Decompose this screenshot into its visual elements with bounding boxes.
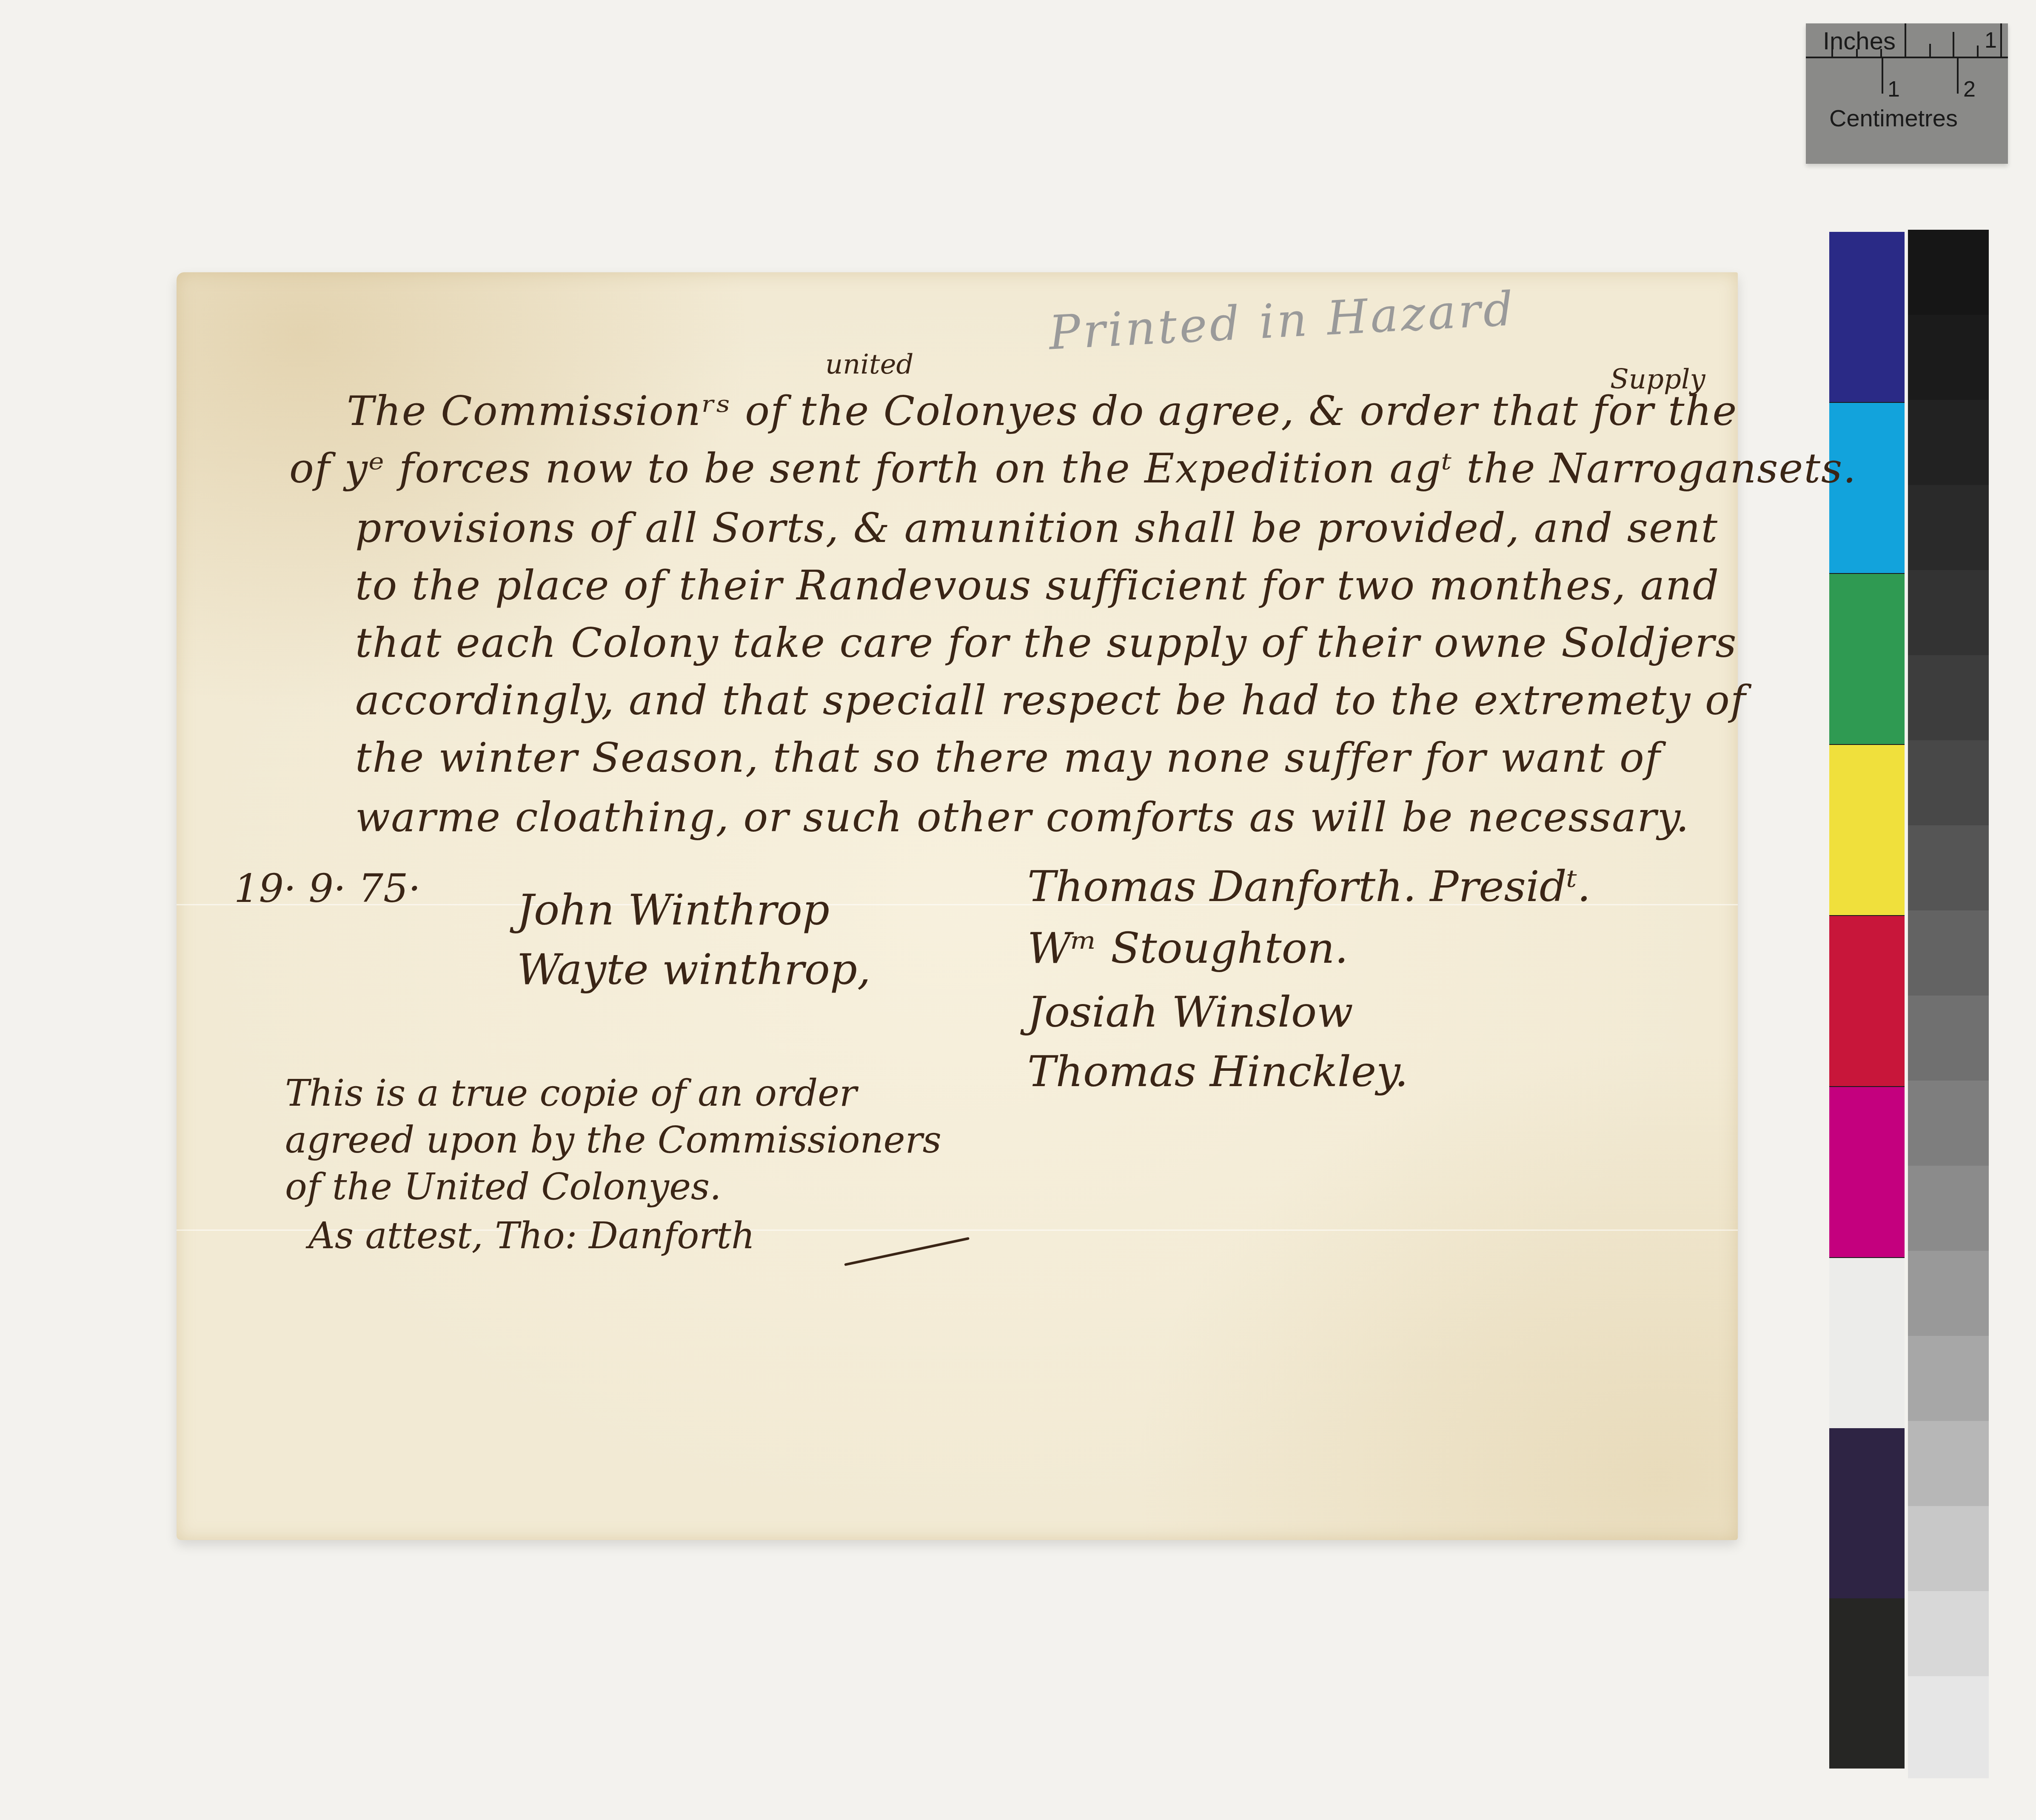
gray-step bbox=[1908, 400, 1989, 485]
ruler-tick bbox=[1831, 49, 1833, 57]
color-patch-black bbox=[1829, 1598, 1905, 1769]
attestation-line-4: As attest, Tho: Danforth bbox=[308, 1215, 755, 1257]
ruler-tick bbox=[1856, 49, 1858, 57]
gray-step bbox=[1908, 315, 1989, 400]
gray-step bbox=[1908, 825, 1989, 910]
ruler-tick bbox=[1880, 49, 1882, 57]
color-patch-yellow bbox=[1829, 745, 1905, 916]
gray-step bbox=[1908, 996, 1989, 1081]
scale-ruler: Inches 1 1 2 Centimetres bbox=[1806, 23, 2008, 164]
signature-john-winthrop: John Winthrop bbox=[517, 885, 830, 935]
signature-flourish bbox=[844, 1237, 970, 1266]
body-line-5: that each Colony take care for the suppl… bbox=[355, 619, 1737, 667]
color-patch-purple bbox=[1829, 1428, 1905, 1598]
grayscale-strip bbox=[1908, 230, 1989, 1778]
color-patch-green bbox=[1829, 574, 1905, 745]
centimetres-label: Centimetres bbox=[1829, 104, 1958, 132]
gray-step bbox=[1908, 570, 1989, 655]
pencil-note: Printed in Hazard bbox=[1047, 281, 1517, 360]
color-patch-magenta bbox=[1829, 1087, 1905, 1258]
gray-step bbox=[1908, 1081, 1989, 1166]
cm-tick bbox=[1957, 57, 1959, 94]
gray-step bbox=[1908, 1506, 1989, 1591]
manuscript-page: Printed in Hazard united Supply The Comm… bbox=[177, 272, 1738, 1540]
ruler-tick bbox=[1929, 44, 1931, 57]
gray-step bbox=[1908, 1166, 1989, 1251]
color-patch-white bbox=[1829, 1258, 1905, 1428]
signature-josiah-winslow: Josiah Winslow bbox=[1027, 987, 1353, 1037]
gray-step bbox=[1908, 230, 1989, 315]
body-line-3: provisions of all Sorts, & amunition sha… bbox=[355, 504, 1718, 552]
attestation-line-2: agreed upon by the Commissioners bbox=[285, 1119, 941, 1161]
inches-label: Inches bbox=[1823, 27, 1896, 55]
body-line-7: the winter Season, that so there may non… bbox=[355, 734, 1661, 782]
gray-step bbox=[1908, 1251, 1989, 1336]
document-date: 19· 9· 75· bbox=[234, 866, 421, 911]
ruler-tick bbox=[2000, 23, 2002, 57]
color-patch-red bbox=[1829, 916, 1905, 1087]
body-line-2: of yᵉ forces now to be sent forth on the… bbox=[289, 445, 1857, 492]
gray-step bbox=[1908, 740, 1989, 825]
signature-wayte-winthrop: Wayte winthrop, bbox=[517, 944, 871, 994]
signature-thomas-hinckley: Thomas Hinckley. bbox=[1027, 1047, 1408, 1096]
ruler-tick bbox=[1977, 46, 1979, 57]
gray-step bbox=[1908, 1421, 1989, 1506]
gray-step bbox=[1908, 1591, 1989, 1676]
color-patch-blue bbox=[1829, 232, 1905, 403]
signature-wm-stoughton: Wᵐ Stoughton. bbox=[1027, 923, 1348, 973]
cm-tick bbox=[1882, 57, 1883, 94]
interlinear-united: united bbox=[825, 349, 913, 380]
attestation-line-1: This is a true copie of an order bbox=[285, 1072, 857, 1115]
body-line-1: The Commissionʳˢ of the Colonyes do agre… bbox=[347, 387, 1737, 435]
cm-mark-1: 1 bbox=[1888, 77, 1900, 102]
body-line-8: warme cloathing, or such other comforts … bbox=[355, 793, 1690, 841]
cm-mark-2: 2 bbox=[1963, 77, 1976, 102]
ruler-tick bbox=[1953, 32, 1954, 57]
ruler-tick bbox=[1905, 23, 1906, 57]
gray-step bbox=[1908, 655, 1989, 740]
gray-step bbox=[1908, 1676, 1989, 1778]
inch-mark-1: 1 bbox=[1985, 28, 1997, 53]
gray-step bbox=[1908, 485, 1989, 570]
signature-thomas-danforth: Thomas Danforth. Presidᵗ. bbox=[1027, 862, 1591, 911]
gray-step bbox=[1908, 1336, 1989, 1421]
body-line-6: accordingly, and that speciall respect b… bbox=[355, 676, 1746, 724]
body-line-4: to the place of their Randevous sufficie… bbox=[355, 562, 1719, 609]
attestation-line-3: of the United Colonyes. bbox=[285, 1166, 721, 1208]
gray-step bbox=[1908, 910, 1989, 996]
